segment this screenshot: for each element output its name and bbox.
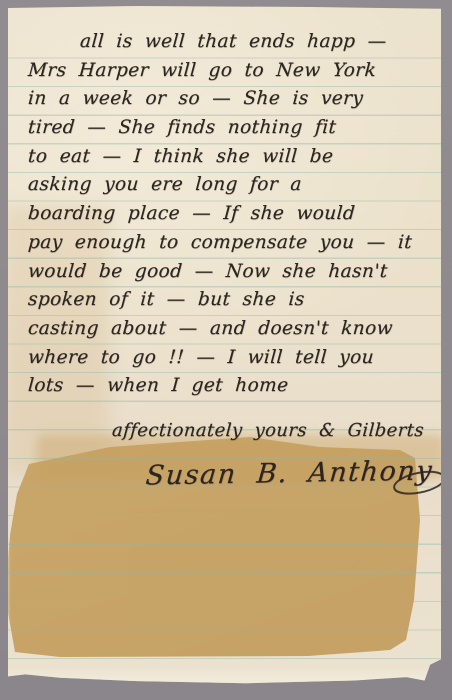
letter-line: casting about — and doesn't know: [19, 315, 436, 344]
letter-line: boarding place — If she would: [19, 200, 436, 229]
letter-line: in a week or so — She is very: [19, 85, 436, 114]
letter-line: lots — when I get home: [19, 372, 436, 401]
letter-signoff: affectionately yours & Gilberts: [19, 417, 436, 446]
letter-line: where to go !! — I will tell you: [19, 344, 436, 373]
letter-line: asking you ere long for a: [19, 171, 436, 200]
letter-line: tired — She finds nothing fit: [19, 114, 436, 143]
letter-line: would be good — Now she hasn't: [19, 258, 436, 287]
letter-line: spoken of it — but she is: [19, 286, 436, 315]
letter-page: all is well that ends happ — Mrs Harper …: [8, 6, 441, 688]
letter-body: all is well that ends happ — Mrs Harper …: [20, 28, 435, 446]
signature: Susan B. Anthony: [144, 455, 434, 491]
letter-line: Mrs Harper will go to New York: [19, 57, 436, 86]
letter-line: pay enough to compensate you — it: [19, 229, 436, 258]
signature-flourish: [389, 467, 450, 498]
letter-line: all is well that ends happ —: [19, 28, 436, 57]
letter-line: to eat — I think she will be: [19, 143, 436, 172]
